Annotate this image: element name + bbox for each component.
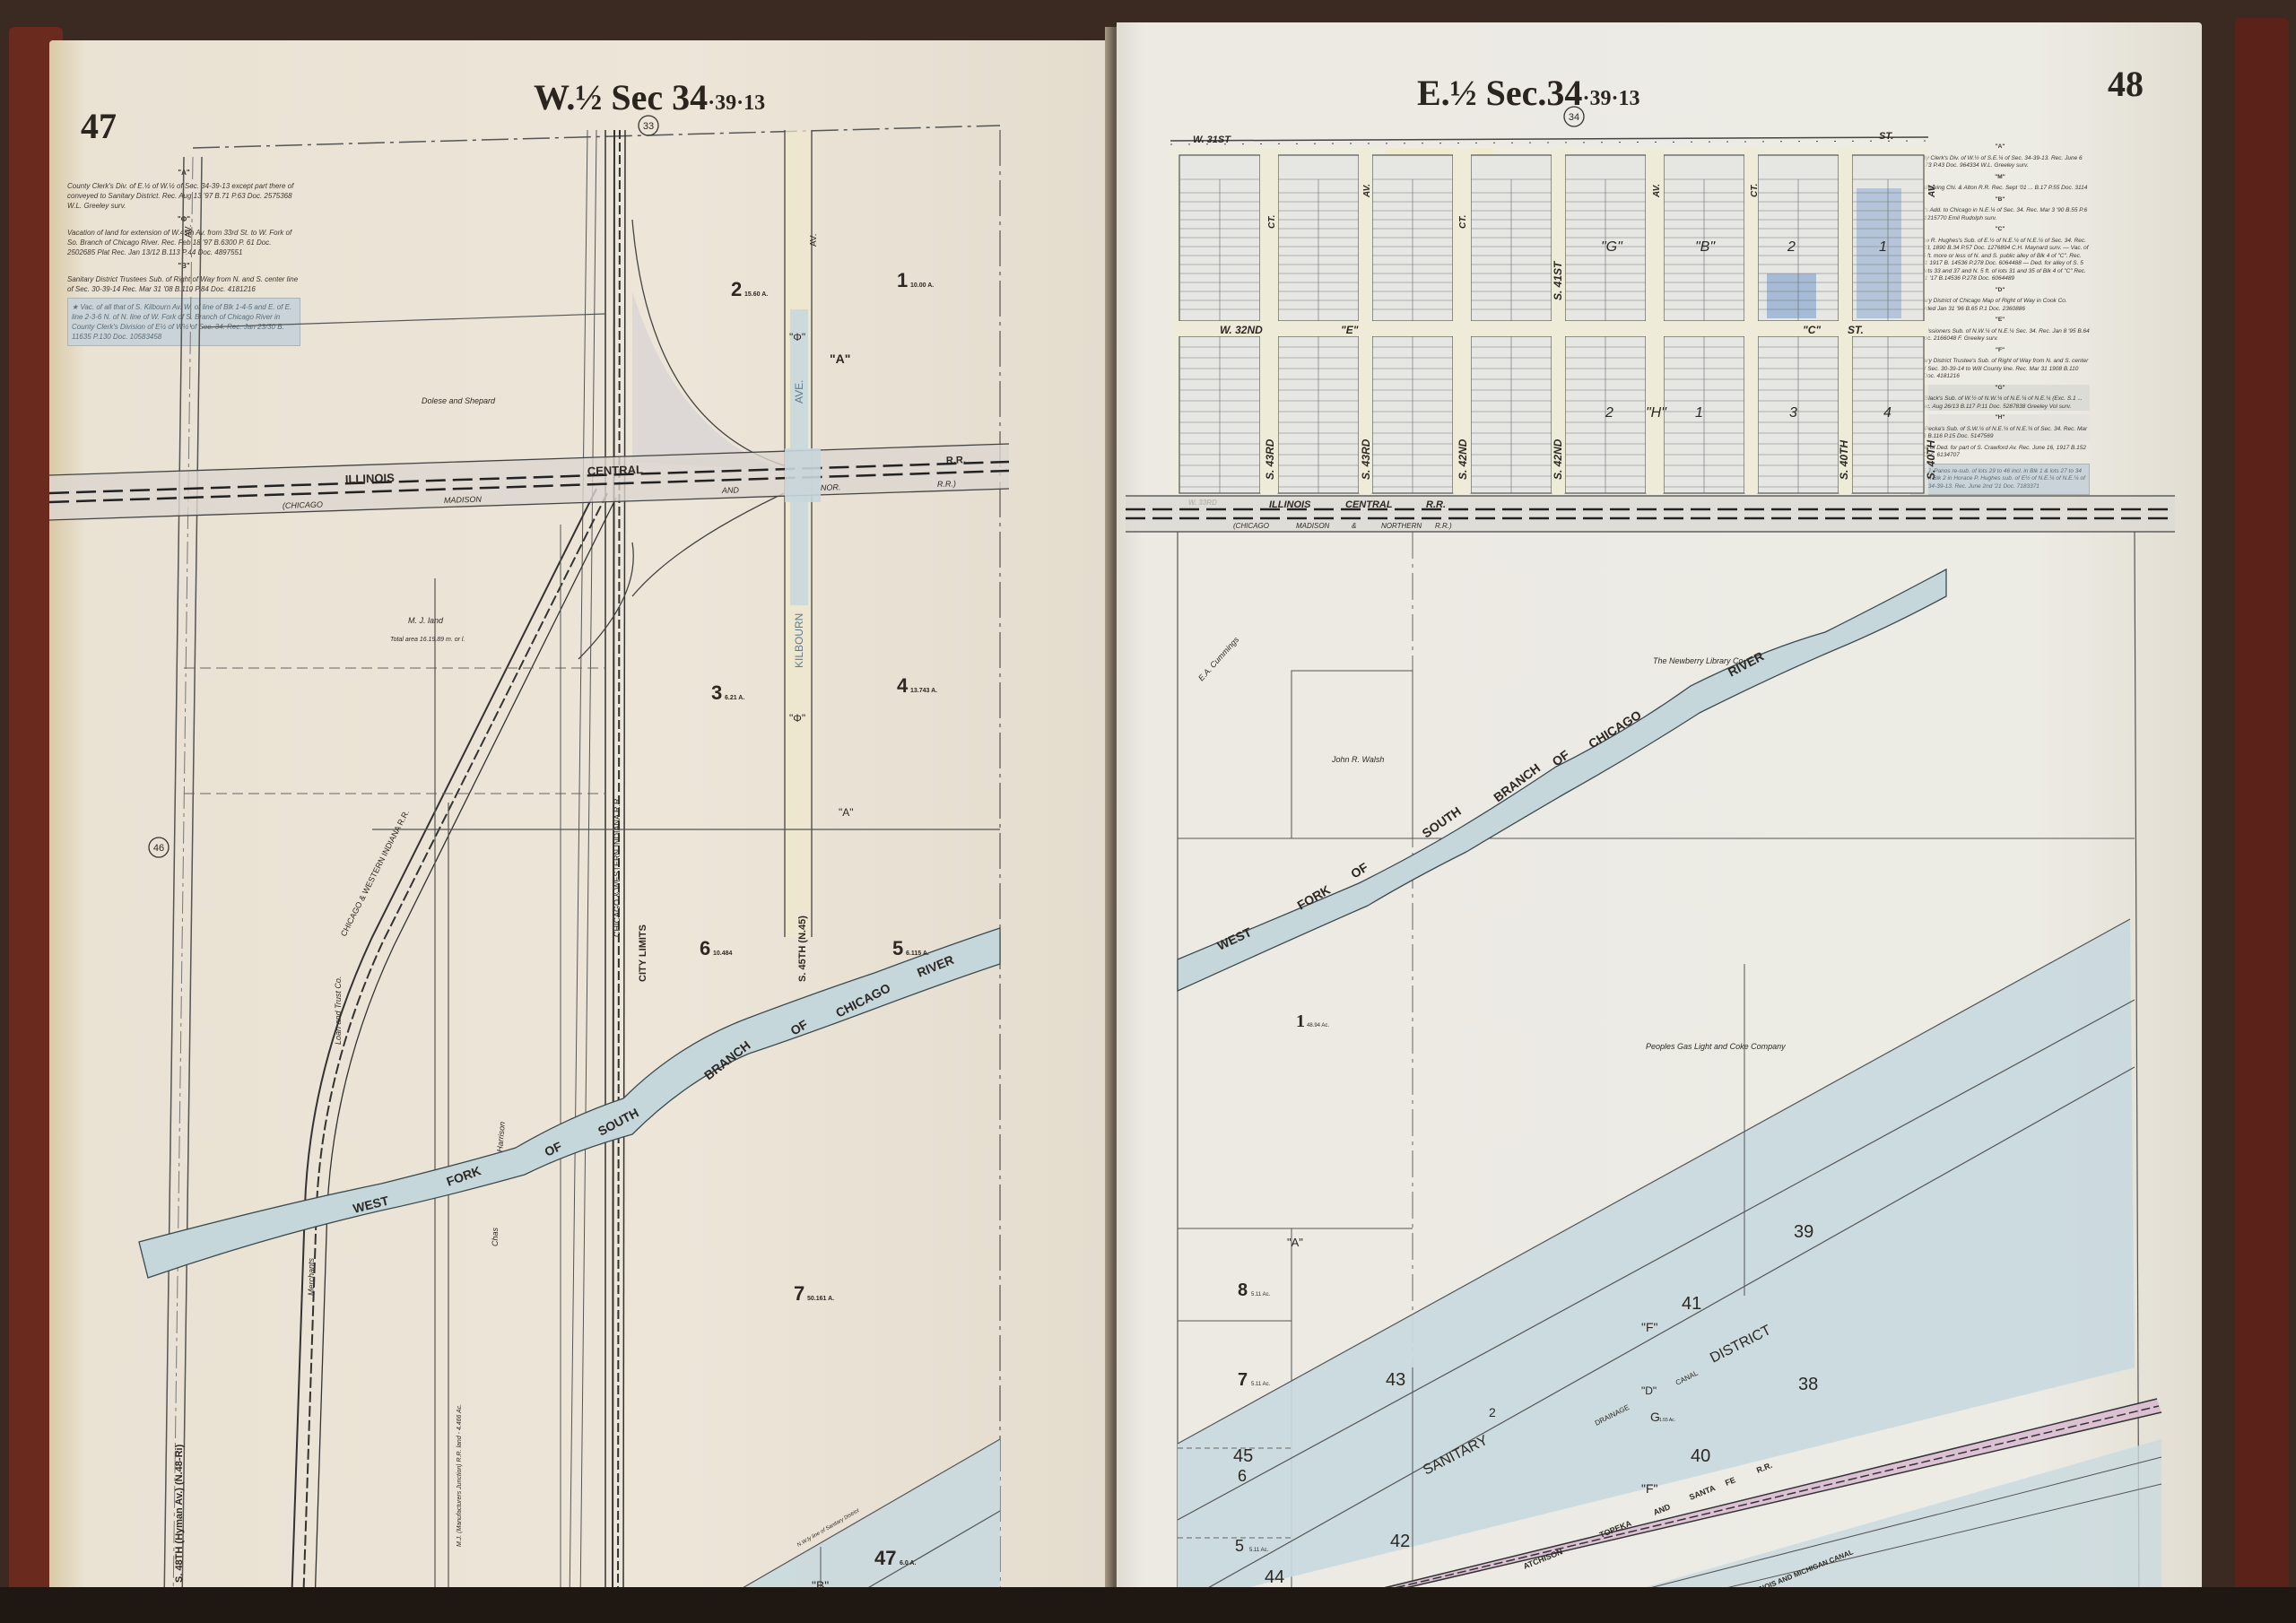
block-label: 2 [1787,239,1796,255]
block-label: "H" [1646,405,1667,421]
railroad-label-vertical: CHICAGO & WESTERN INDIANA R.R. [613,796,622,937]
parcel-number: 42 [1390,1532,1410,1551]
parcel-number: 44 [1265,1567,1284,1587]
rr-sub-rr: R.R.) [1435,522,1452,530]
rr-label-illinois: ILLINOIS [1269,499,1311,510]
marker-phi: "Φ" [789,712,805,725]
rr-sub-madison: MADISON [1296,522,1330,530]
river-west-fork [139,928,1000,1278]
district-marker: "D" [1641,1384,1657,1397]
parcel-number: 7 [794,1282,804,1305]
right-page: E.½ Sec.34·39·13 48 "A"County Clerk's Di… [1117,22,2202,1605]
parcel-number: 40 [1691,1446,1710,1466]
owner-mj-total: Total area 16.19.89 m. or l. [390,637,465,643]
parcel-number: 2 [731,278,742,300]
owner-mj-manufacturers: M.J. (Manufacturers Junction) R.R. land … [457,1404,463,1547]
district-marker: "F" [1641,1320,1658,1334]
street-label-av: AV. [809,234,819,247]
illinois-central-railroad [49,444,1009,520]
parcel-number: 41 [1682,1294,1701,1314]
parcel-area: 10.484 [713,950,733,957]
rr-sub-northern: NORTHERN [1381,522,1422,530]
atchison-word: AND [1652,1502,1672,1517]
street-label-st: ST. [1879,131,1893,142]
rr-sub-madison: MADISON [444,495,483,505]
owner-merchants: Merchants [307,1257,316,1296]
parcel-area: 15.60 A. [744,291,768,298]
parcel-number: 4 [897,674,909,697]
river-west-fork [1178,569,1946,991]
owner-chas: Chas [491,1227,500,1246]
rr-label-central: CENTRAL [1345,499,1393,510]
parcel-area: 6.21 A. [725,695,744,701]
block-label: 1 [1879,239,1887,255]
street-label-c: "C" [1803,324,1821,336]
city-limits-label: CITY LIMITS [638,924,648,982]
parcel-number: 8 [1238,1280,1248,1300]
book-bottom-shadow [0,1587,2296,1623]
street-label-av: AV. [1927,184,1937,198]
district-marker: "F" [1641,1481,1658,1496]
marker-a: "A" [830,352,850,366]
parcel-number: 2 [1489,1405,1496,1419]
owner-mj-land: M. J. land [408,616,444,625]
owner-harrison: Harrison [495,1121,507,1152]
section-circle-label: 33 [643,121,654,132]
parcel-number: 5 [892,937,903,959]
rr-sub-nor: NOR. [821,482,841,492]
owner-newberry-library: The Newberry Library Co. [1653,656,1745,665]
parcel-number: 6 [700,937,710,959]
section-circle-label: 46 [153,843,164,854]
marker-a: "A" [839,806,854,819]
street-label-s43rd: S. 43RD [1360,438,1372,480]
street-label-ct: CT. [1458,215,1468,229]
parcel-area: 50.161 A. [807,1296,834,1302]
parcel-area: 48.94 Ac. [1307,1023,1329,1028]
street-label-ct: CT. [1750,184,1760,197]
railroad-label-diagonal: CHICAGO & WESTERN INDIANA R.R. [339,808,411,937]
rr-sub-and: AND [721,485,740,495]
parcel-number: 47 [874,1547,896,1569]
district-marker: "A" [1287,1236,1303,1249]
street-label-w32nd: W. 32ND [1220,324,1263,336]
owner-john-walsh: John R. Walsh [1331,755,1384,764]
owner-peoples-gas: Peoples Gas Light and Coke Company [1646,1042,1786,1051]
block-label: "B" [1695,239,1716,255]
left-page: 47 W.½ Sec 34·39·13 "A"County Clerk's Di… [49,40,1112,1605]
parcel-number: 39 [1794,1222,1813,1242]
parcel-number: 1 [897,269,908,291]
block-label: 4 [1883,405,1892,421]
parcel-area: 6.115 A. [906,950,929,957]
street-label-s41st: S. 41ST [1552,260,1564,300]
block-label: 1 [1695,405,1703,421]
street-label-ct: CT. [1267,215,1277,229]
parcel-number: 45 [1233,1446,1253,1466]
street-label-s45th: S. 45TH (N.45) [797,916,808,982]
rr-label-central: CENTRAL [587,463,644,478]
parcel-area: 10.00 A. [910,282,934,289]
marker-phi: "Φ" [789,331,805,343]
block-label: "G" [1601,239,1623,255]
subdivision-grid [1170,146,1928,496]
owner-loan-trust: Loan and Trust Co. [334,976,343,1045]
river-word: OF [1348,859,1370,881]
street-label-s43rd: S. 43RD [1264,438,1276,480]
rr-sub-and: & [1352,522,1356,530]
parcel-number: 5 [1235,1537,1244,1555]
parcel-number: 38 [1798,1375,1818,1394]
rr-label-rr: R.R. [946,455,966,466]
parcel-area: 5.11 Ac. [1251,1292,1271,1298]
owner-dolese-shepard: Dolese and Shepard [422,396,496,405]
block-label: 2 [1605,405,1613,421]
parcel-area: 6.0 A. [900,1560,916,1567]
atchison-word: R.R. [1755,1461,1773,1475]
street-label-av: AV. [1362,184,1372,198]
street-label-ave: AVE. [793,380,805,404]
parcel-number: 1 [1296,1011,1305,1031]
street-label-av: AV. [1652,184,1662,198]
parcel-number: 43 [1386,1370,1405,1390]
parcel-number: 3 [711,681,722,704]
map-drawing-left: ILLINOIS CENTRAL R.R. (CHICAGO MADISON A… [49,40,1112,1605]
atchison-word: SANTA [1688,1483,1717,1502]
parcel-number: 6 [1238,1467,1247,1485]
diagonal-railroad [291,489,616,1605]
street-label-w31st: W. 31ST [1193,135,1231,145]
rr-label-illinois: ILLINOIS [345,471,396,486]
map-drawing-right: 34 [1117,22,2202,1605]
street-label-s42nd: S. 42ND [1552,438,1564,480]
section-circle-label: 34 [1569,112,1579,123]
rr-label-rr: R.R. [1426,499,1446,510]
parcel-area: 5.11 Ac. [1249,1548,1269,1553]
street-label-e: "E" [1341,324,1359,336]
atchison-word: FE [1724,1475,1736,1488]
parcel-number: 7 [1238,1370,1248,1390]
street-label-s48th: S. 48TH (Hyman Av.) (N.48-Ri) [174,1444,185,1583]
street-label-kilbourn: KILBOURN [793,613,805,668]
street-label-s40th: S. 40TH [1838,440,1850,480]
street-label-av: AV. [184,225,194,238]
parcel-area: 13.743 A. [910,688,937,694]
block-label: 3 [1789,405,1797,421]
rr-sub-chicago: (CHICAGO [283,500,323,510]
street-label-s42nd: S. 42ND [1457,438,1469,480]
rr-sub-rr: R.R.) [937,479,956,489]
parcel-area: 5.11 Ac. [1251,1382,1271,1387]
cover-edge-right [2235,18,2289,1596]
rr-sub-chicago: (CHICAGO [1233,522,1269,530]
parcel-area: 1.55 Ac. [1659,1418,1675,1423]
street-label-st: ST. [1848,324,1864,336]
owner-cummings: E.A. Cummings [1196,635,1241,683]
street-label-s40th: S. 40TH [1925,440,1937,480]
